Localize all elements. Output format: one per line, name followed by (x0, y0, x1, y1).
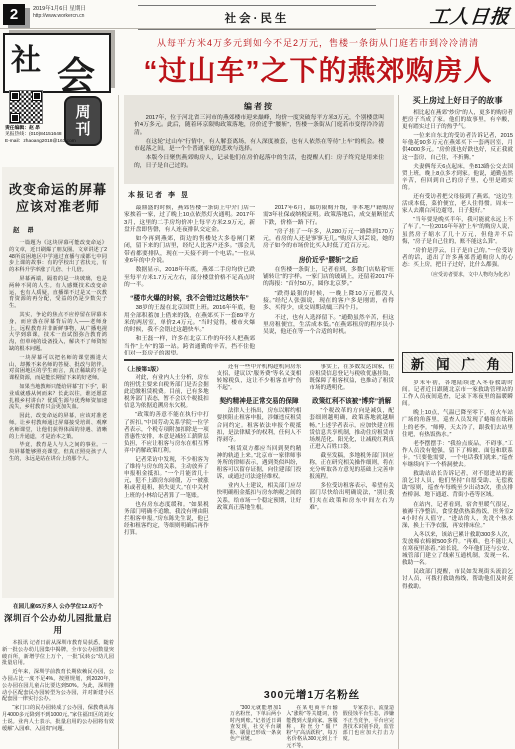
email-line: E-mail：zhaoang2018@163.com (5, 139, 115, 145)
shenzhen-kicker: 在园儿童65万多人 公办学位12.8万个 (2, 602, 114, 610)
lead-kicker: 从每平方米4万多元到如今不足2万元，售楼一条街从门庭若市到冷冷清清 (125, 36, 511, 49)
paragraph-group: “个税改革的方向是减负，配套细则越明确，政策落地就越顺畅。”上述学者表示，应加快… (309, 408, 394, 511)
header-divider (0, 28, 515, 29)
opinion-headline-line2: 应该对准老师 (16, 199, 100, 214)
editor-note-body: 2017年，位于河北省三河市的燕郊楼市迎来巅峰，均价一度突破每平方米3万元，个别… (134, 115, 384, 170)
qr-finder-icon (32, 91, 42, 101)
opinion-headline: 改变命运的屏幕 应该对准老师 (9, 181, 107, 215)
lead-headline: “过山车”之下的燕郊购房人 (122, 49, 514, 89)
editor-note-title: 编者按 (134, 101, 384, 112)
opinion-author: 赵 昂 (13, 225, 107, 234)
continued-col1: （上接第1版） 对此，有业内人士分析，房东的担忧主要来自税务部门是否会据此追缴租… (124, 364, 209, 747)
right-top-body: 相比起在燕郊“炒房”的人，更多的购房者把房子当成了家。他们的故事里，有辛酸，更有… (402, 110, 513, 269)
masthead-logo: 工人日报 (429, 2, 512, 29)
newspaper-page: 2 2019年1月6日 星期日 http://www.workercn.cn 社… (0, 0, 515, 749)
shenzhen-headline: 深圳百个公办幼儿园批量启用 (2, 612, 114, 636)
paragraph-group: 事实上，在多数发达国家，住房租赁信息登记与税收优惠挂钩，既保障了租客权益，也推动… (309, 364, 394, 392)
paragraph-group: 2017年6月，廊坊限购升级，非本地户籍购房需3年社保或纳税证明。政策落地后，成… (263, 205, 394, 251)
shenzhen-article: 在园儿童65万多人 公办学位12.8万个 深圳百个公办幼儿园批量启用 本报讯 记… (2, 602, 114, 749)
continued-marker: （上接第1版） (124, 364, 209, 373)
paragraph-group: 最鼎盛的时候，燕郊售楼一条街上中介门店一家挨着一家，过了晚上10点依然灯火通明。… (124, 205, 255, 289)
news-angle-title: 新 闻 广 角 (411, 353, 504, 373)
fans-article: 300元增1万名粉丝 “300元就能增加1万名粉丝，下单后两小时内到账。”记者近… (230, 687, 394, 748)
paragraph-group: 还有一些中介机构趁机向房东支招，建议以“服务费”等名义变相转嫁税负，这让不少租客… (217, 364, 302, 392)
weekly-char-zhou: 周 (75, 104, 90, 121)
opinion-headline-line1: 改变命运的屏幕 (9, 182, 107, 197)
article-divider (124, 359, 394, 361)
qr-finder-icon (10, 113, 20, 123)
continued-subhead2: 政策红利不该被“博弈”消解 (309, 395, 394, 405)
right-top-article: 买上房过上好日子的故事 相比起在燕郊“炒房”的人，更多的购房者把房子当成了家。他… (402, 95, 513, 350)
contact-block: 责任编辑：赵 昂 见报热线：(010)84151648 E-mail：zhaoa… (5, 126, 115, 145)
main-article-subhead2: 房价近乎“腰斩”之后 (263, 254, 394, 264)
right-bottom-article: 岁末年初，各地陆续进入冬春救助时间。记者近日跟随北京市一家救助管理站的工作人员夜… (402, 380, 513, 749)
brand-char-hui: 会 (57, 45, 95, 100)
date-text: 2019年1月6日 星期日 (33, 6, 86, 13)
fans-col2: 在某电商平台输入“涨粉”等关键词，仍能搜到大量商家。客服称，粉丝分“僵尸粉”与“… (286, 705, 337, 748)
right-top-headline: 买上房过上好日子的故事 (402, 95, 513, 106)
continued-col3: 事实上，在多数发达国家，住房租赁信息登记与税收优惠挂钩，既保障了租客权益，也推动… (309, 364, 394, 678)
qr-finder-icon (10, 91, 20, 101)
editor-note-box: 编者按 2017年，位于河北省三河市的燕郊楼市迎来巅峰，均价一度突破每平方米3万… (124, 95, 394, 184)
date-block: 2019年1月6日 星期日 http://www.workercn.cn (33, 6, 86, 20)
paragraph-group: 在售楼一条街上，记者看到，多数门店贴着“旺铺转让”的字样。一家门店的玻璃上，还留… (263, 267, 394, 337)
fans-col3: 专家表示，流量造假侵蚀平台生态，涉嫌不正当竞争，平台应完善技术识别手段，监管部门… (343, 705, 394, 748)
main-article-byline: 本报记者 李 昱 (128, 190, 394, 200)
main-article: 本报记者 李 昱 最鼎盛的时候，燕郊售楼一条街上中介门店一家挨着一家，过了晚上1… (124, 190, 394, 357)
main-article-col1: 最鼎盛的时候，燕郊售楼一条街上中介门店一家挨着一家，过了晚上10点依然灯火通明。… (124, 205, 255, 355)
continued-col2: 还有一些中介机构趁机向房东支招，建议以“服务费”等名义变相转嫁税负，这让不少租客… (217, 364, 302, 678)
shenzhen-body: 本报讯 记者日前从深圳市教育局获悉，随着新一批公办幼儿园集中揭牌，全市公办园数量… (2, 640, 114, 732)
column-divider (118, 95, 119, 749)
fans-col1: “300元就能增加1万名粉丝，下单后两小时内到账。”记者近日调查发现，社交平台刷… (230, 705, 281, 748)
main-article-subhead1: “楼市火爆的时候，我不会错过这趟快车” (124, 292, 255, 302)
paragraph-group: 对此，有业内人士分析，房东的担忧主要来自税务部门是否会据此追缴租赁税费。目前，已… (124, 375, 209, 537)
paragraph-group: 法律人士指出，房东以解约相要挟阻止租客申报，涉嫌违反租赁合同约定。租客依法申报个… (217, 408, 302, 511)
main-article-col2: 2017年6月，廊坊限购升级，非本地户籍购房需3年社保或纳税证明。政策落地后，成… (263, 205, 394, 355)
site-url: http://www.workercn.cn (33, 13, 86, 20)
page-number-badge: 2 (3, 4, 25, 25)
news-angle-banner: 新 闻 广 角 (402, 352, 513, 373)
column-divider (398, 95, 399, 749)
section-title: 社会·民生 (138, 5, 376, 30)
brand-char-she: 社 (11, 35, 41, 79)
right-top-note: （应受访者要求，文中人物均为化名） (402, 271, 513, 278)
fans-headline: 300元增1万名粉丝 (230, 687, 394, 702)
opinion-article: 改变命运的屏幕 应该对准老师 赵 昂 一篇题为《这块屏幕可能改变命运》的文章，近… (2, 167, 114, 598)
qr-code (9, 90, 43, 124)
opinion-body: 一篇题为《这块屏幕可能改变命运》的文章，近日刷爆了朋友圈。文章讲述了248所贫困… (9, 240, 107, 463)
weekly-brand-box: 社 会 (3, 33, 111, 93)
paragraph-group: 38岁的王磊在北京国贸上班。2016年年底，他用全部积蓄加上借来的钱，在燕郊买下… (124, 305, 255, 355)
continued-subhead1: 契约精神是正常交易的保障 (217, 395, 302, 405)
